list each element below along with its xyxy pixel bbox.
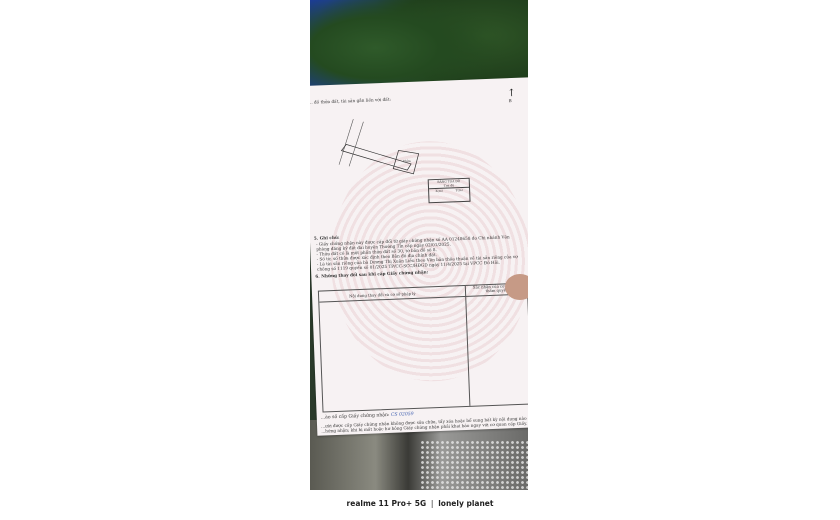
section-heading: ... đồ thửa đất, tài sản gắn liền với đấ… bbox=[310, 97, 391, 105]
separator: | bbox=[431, 499, 434, 508]
metal-grille bbox=[420, 440, 528, 490]
device-name: realme 11 Pro+ 5G bbox=[347, 499, 427, 508]
brand-name: lonely planet bbox=[438, 499, 493, 508]
svg-text:Thửa: Thửa bbox=[403, 158, 411, 163]
serial-line: ...ào số cấp Giấy chứng nhận: CS 02059 bbox=[321, 412, 414, 421]
notes-heading: 5. Ghi chú: bbox=[314, 235, 340, 241]
serial-value: CS 02059 bbox=[391, 412, 414, 418]
plot-diagram: Thửa bbox=[325, 111, 438, 185]
document-photo: ... đồ thửa đất, tài sản gắn liền với đấ… bbox=[310, 0, 528, 490]
changes-table: Nội dung thay đổi và cơ sở pháp lý Xác n… bbox=[318, 283, 528, 413]
camera-watermark: realme 11 Pro+ 5G | lonely planet bbox=[0, 499, 840, 508]
north-arrow-icon: ↑B bbox=[507, 88, 516, 112]
finger bbox=[505, 274, 528, 300]
certificate-page: ... đồ thửa đất, tài sản gắn liền với đấ… bbox=[310, 77, 528, 436]
coordinate-legend: BẢNG TỌA ĐỘ Tọa độ X(m) Y(m) bbox=[428, 178, 471, 204]
